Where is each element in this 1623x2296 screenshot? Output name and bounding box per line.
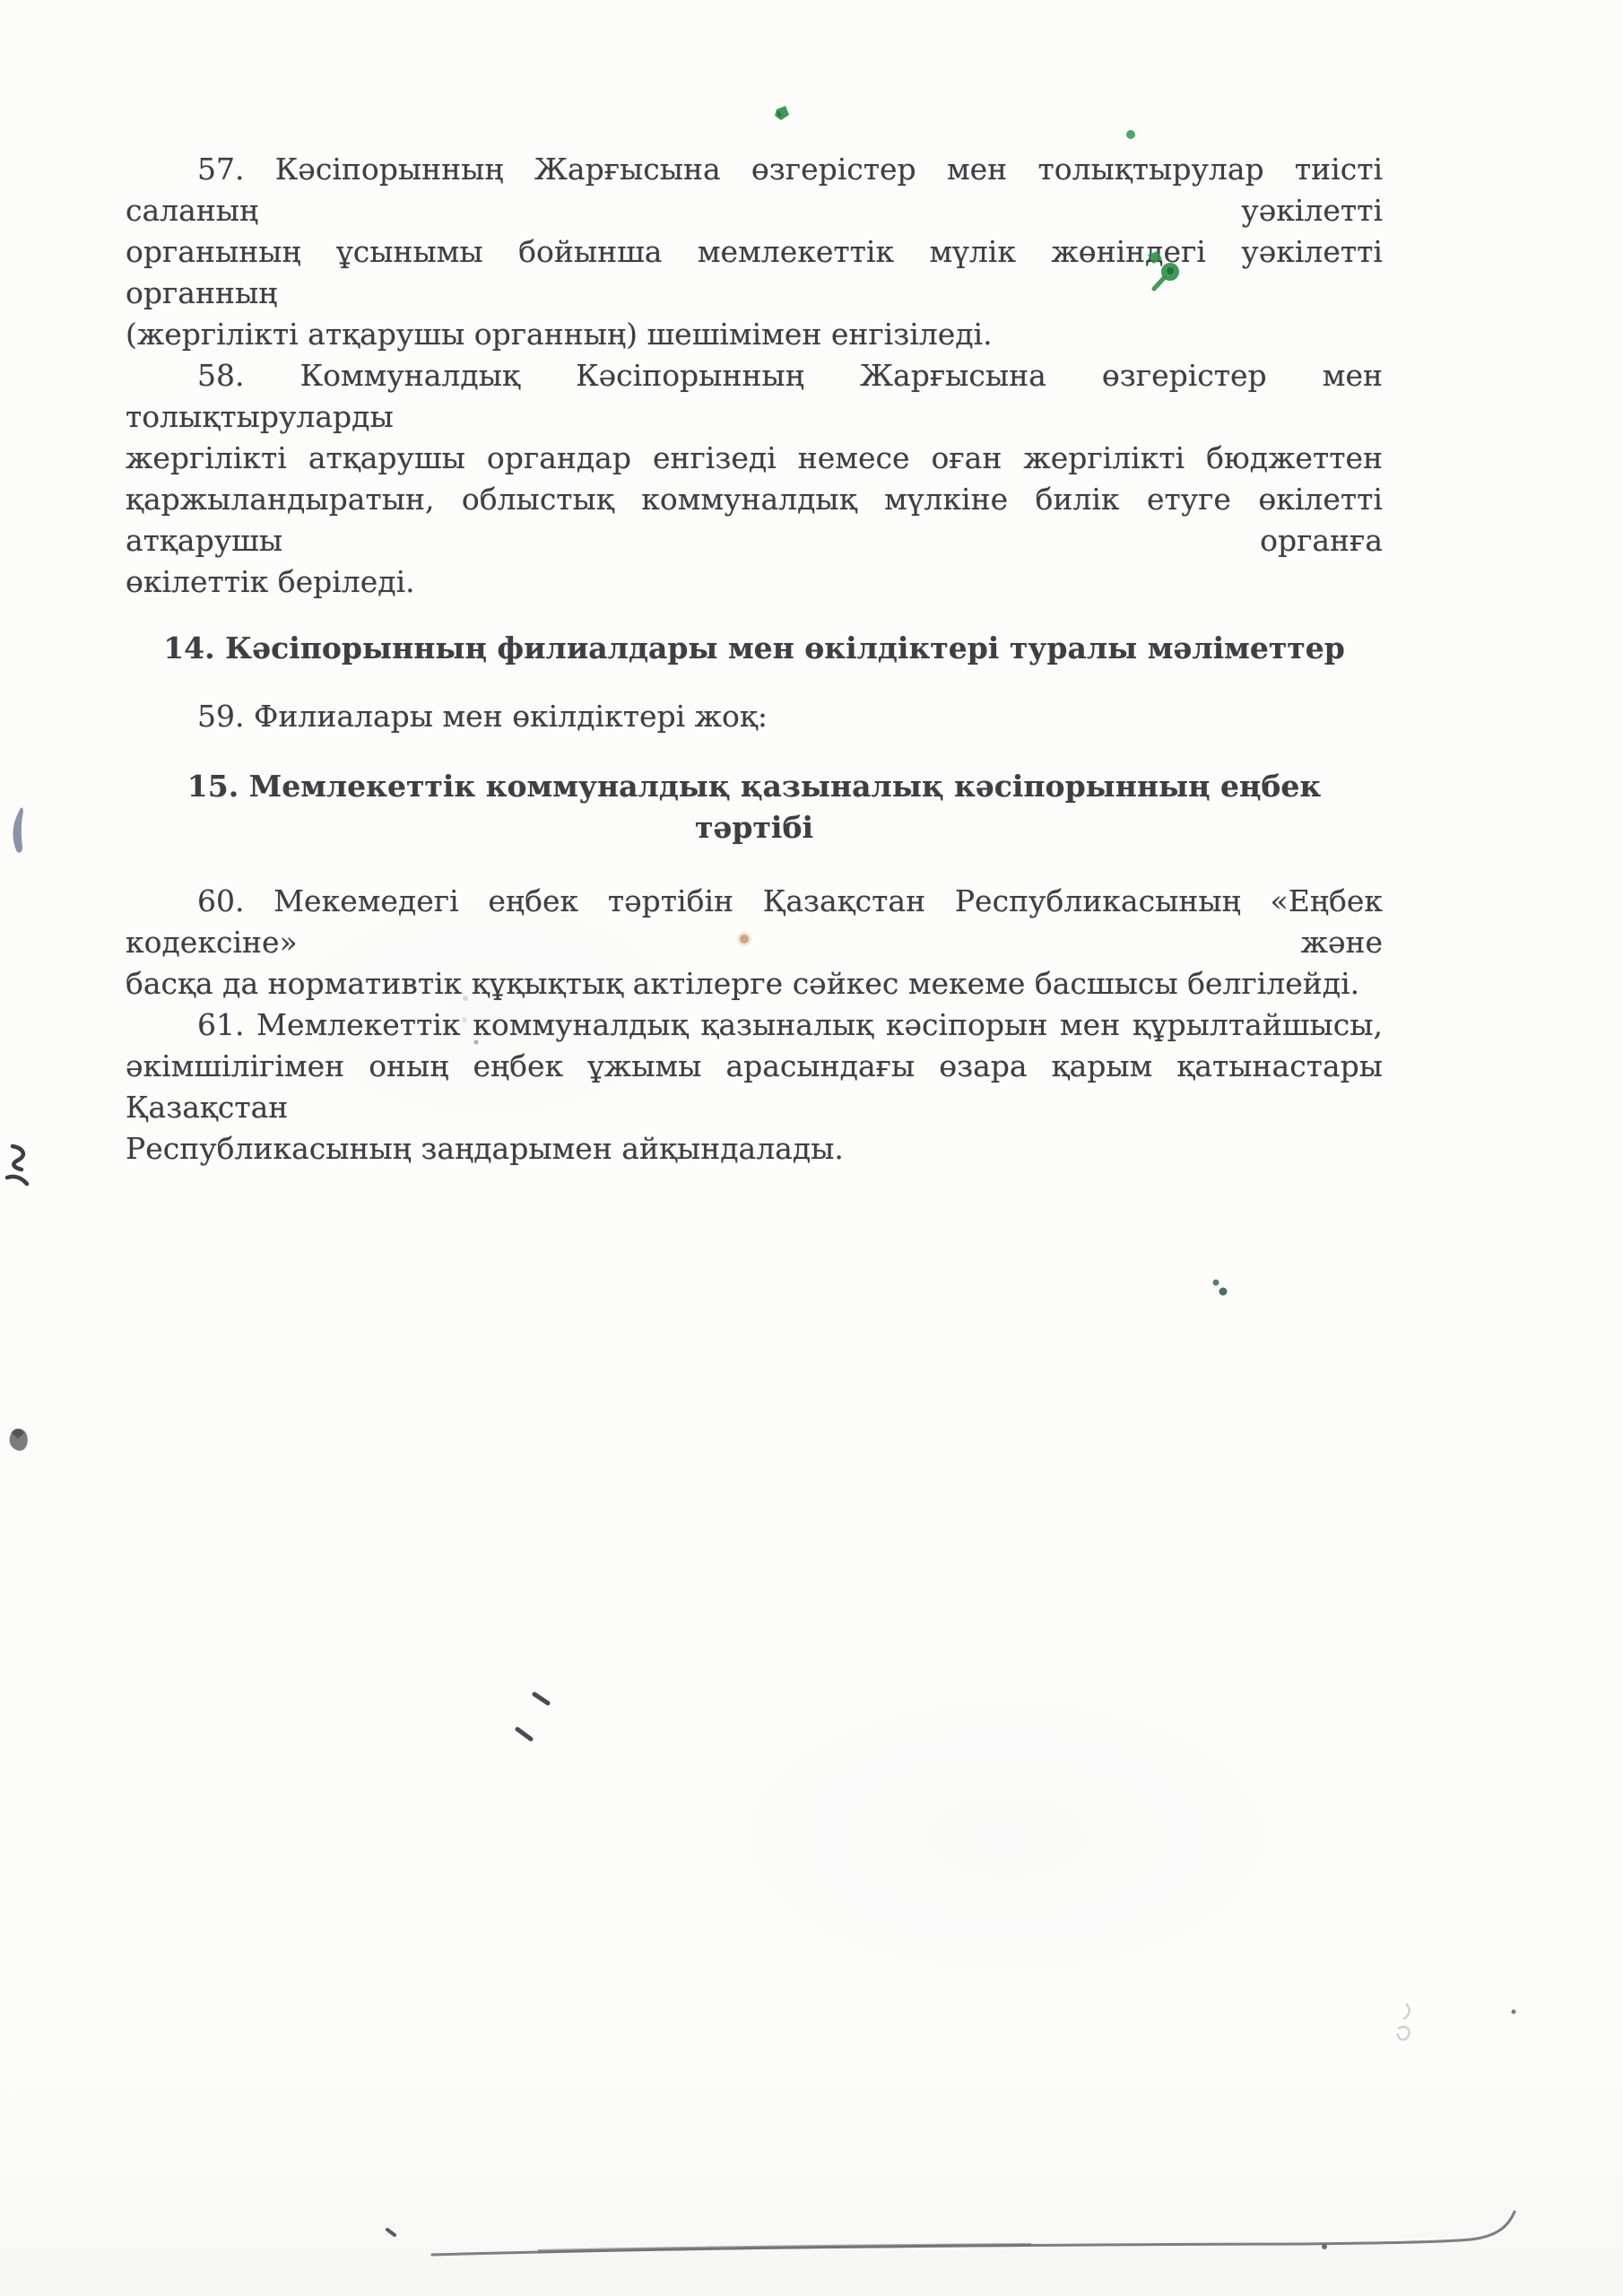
paragraph-59: 59. Филиалары мен өкілдіктері жоқ:: [126, 696, 1383, 737]
text-line: 59. Филиалары мен өкілдіктері жоқ:: [126, 696, 1383, 737]
text-line: басқа да нормативтік құқықтық актілерге …: [126, 963, 1383, 1004]
text-line: 61. Мемлекеттік коммуналдық қазыналық кә…: [126, 1004, 1383, 1046]
ink-blob-icon: [10, 1429, 28, 1451]
text-line: жергілікті атқарушы органдар енгізеді не…: [126, 438, 1383, 479]
text-line: 58. Коммуналдық Кәсіпорынның Жарғысына ө…: [126, 355, 1383, 438]
paragraph-57: 57. Кәсіпорынның Жарғысына өзгерістер ме…: [126, 149, 1383, 355]
text-line: Республикасының заңдарымен айқындалады.: [126, 1128, 1383, 1170]
pen-comma-mark-icon: [13, 808, 23, 853]
text-line: әкімшілігімен оның еңбек ұжымы арасындағ…: [126, 1046, 1383, 1128]
faint-pencil-mark-icon: [1398, 2004, 1410, 2039]
bottom-scan-line: [432, 2212, 1515, 2255]
text-line: 60. Мекемедегі еңбек тәртібін Қазақстан …: [126, 881, 1383, 963]
scanned-document-page: 57. Кәсіпорынның Жарғысына өзгерістер ме…: [0, 0, 1623, 2296]
text-line: өкілеттік беріледі.: [126, 561, 1383, 603]
text-block: 57. Кәсіпорынның Жарғысына өзгерістер ме…: [126, 149, 1383, 1170]
text-line: қаржыландыратын, облыстық коммуналдық мү…: [126, 479, 1383, 561]
ink-dot-icon: [1512, 2010, 1516, 2014]
pen-squiggle-icon: [7, 1146, 27, 1184]
paragraph-60: 60. Мекемедегі еңбек тәртібін Қазақстан …: [126, 881, 1383, 1004]
pen-dash-icon: [517, 1694, 548, 1739]
text-line: 57. Кәсіпорынның Жарғысына өзгерістер ме…: [126, 149, 1383, 231]
green-ink-speck-icon: [1126, 130, 1135, 139]
section-heading-15: 15. Мемлекеттік коммуналдық қазыналық кә…: [126, 766, 1383, 848]
paragraph-61: 61. Мемлекеттік коммуналдық қазыналық кә…: [126, 1004, 1383, 1170]
ink-speck-icon: [387, 2230, 395, 2235]
green-ink-speck-icon: [775, 106, 789, 120]
section-heading-14: 14. Кәсіпорынның филиалдары мен өкілдікт…: [126, 628, 1383, 669]
paragraph-58: 58. Коммуналдық Кәсіпорынның Жарғысына ө…: [126, 355, 1383, 603]
text-line: (жергілікті атқарушы органның) шешімімен…: [126, 314, 1383, 355]
text-line: органының ұсынымы бойынша мемлекеттік мү…: [126, 231, 1383, 314]
green-ink-dot-icon: [1213, 1280, 1228, 1296]
